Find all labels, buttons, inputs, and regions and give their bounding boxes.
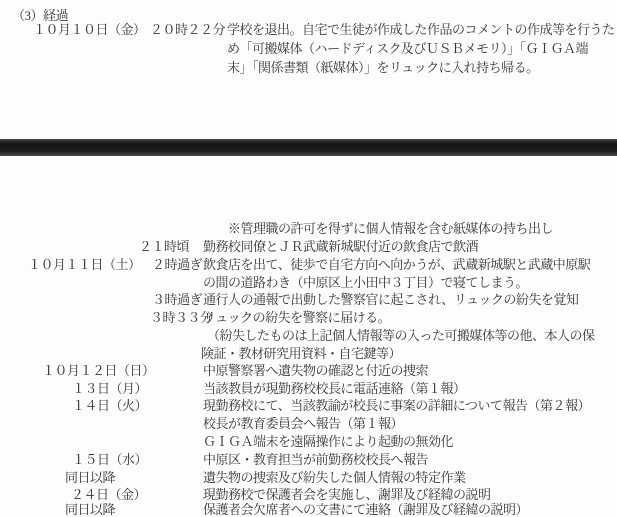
entry-date: １５日（水） [72,452,147,467]
entry-text-line: 現勤務校にて、当該教諭が校長に事案の詳細について報告（第２報） [203,398,590,413]
entry-text-line: 現勤務校で保護者会を実施し、謝罪及び経緯の説明 [203,487,491,502]
entry-date: 同日以降 [65,470,115,485]
entry-text-line: 中原警察署へ遺失物の確認と付近の捜索 [203,363,428,378]
entry-date: １０月１２日（日） [42,363,155,378]
entry-text-line: 遺失物の捜索及び紛失した個人情報の特定作業 [203,470,466,485]
entry-text-line: 校長が教育委員会へ報告（第１報） [203,416,403,431]
entry-date: １４日（火） [72,398,147,413]
entry-text-line: 険証・教材研究用資料・自宅鍵等） [201,346,401,361]
document-page: （3）経過 １０月１０日（金） ２０時２２分 学校を退出。自宅で生徒が作成した作… [0,0,617,517]
section-heading: （3）経過 [12,8,68,23]
entry-time: ２０時２２分 [150,22,225,37]
redaction-bar [0,139,617,156]
entry-date: １０月１１日（土） [28,257,141,272]
entry-text-line: の間の道路わき（中原区上小田中３丁目）で寝てしまう。 [203,275,528,290]
entry-text-line: 当該教員が現勤務校校長に電話連絡（第１報） [203,381,466,396]
entry-text-line: 末」「関係書類（紙媒体）」をリュックに入れ持ち帰る。 [227,60,539,75]
entry-date: １０月１０日（金） [33,22,146,37]
entry-text-line: 学校を退出。自宅で生徒が作成した作品のコメントの作成等を行うた [227,22,615,37]
entry-date: 同日以降 [65,502,115,517]
entry-text-line: 保護者会欠席者への文書にて連絡（謝罪及び経緯の説明） [203,502,528,517]
note-line: ※管理職の許可を得ずに個人情報を含む紙媒体の持ち出し [228,221,553,236]
entry-time: ２１時頃 [139,239,189,254]
entry-text-line: 中原区・教育担当が前勤務校校長へ報告 [203,452,428,467]
entry-date: ２４日（金） [71,487,146,502]
entry-text-line: め「可搬媒体（ハードディスク及びＵＳＢメモリ）」「ＧＩＧＡ端 [227,41,588,56]
entry-text-line: 勤務校同僚とＪＲ武蔵新城駅付近の飲食店で飲酒 [203,239,478,254]
entry-text-line: 通行人の通報で出動した警察官に起こされ、リュックの紛失を覚知 [203,292,578,307]
entry-text-line: ＧＩＧＡ端末を遠隔操作により起動の無効化 [203,434,453,449]
entry-time: ２時過ぎ [152,257,202,272]
entry-text-line: 飲食店を出て、徒歩で自宅方向へ向かうが、武蔵新城駅と武蔵中原駅 [203,257,590,272]
entry-time: ３時過ぎ [152,292,202,307]
entry-text-line: （紛失したものは上記個人情報等の入った可搬媒体等の他、本人の保 [207,328,595,343]
entry-date: １３日（月） [72,381,147,396]
entry-text-line: リュックの紛失を警察に届ける。 [203,310,390,325]
